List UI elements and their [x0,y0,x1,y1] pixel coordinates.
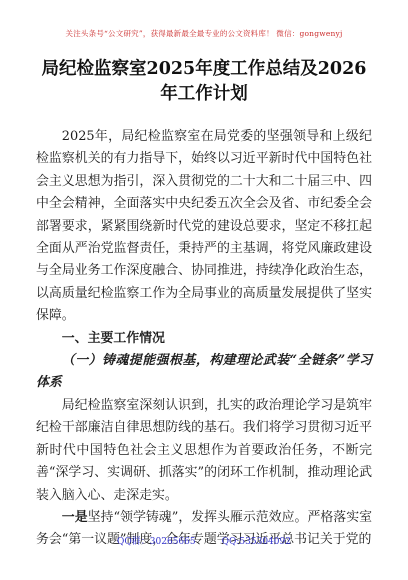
paragraph-first-point-lead: 一是 [62,510,88,525]
promo-header-text: 关注头条号“公文研究”，获得最新最全最专业的公文资料库！ 微信：gongweny… [0,28,408,39]
promo-footer: QQ群：30265665QQ:535304092 [0,534,408,547]
document-body: 2025年，局纪检监察室在局党委的坚强领导和上级纪检监察机关的有力指导下，始终以… [36,126,372,552]
paragraph-theory-study: 局纪检监察室深刻认识到，扎实的政治理论学习是筑牢纪检干部廉洁自律思想防线的基石。… [36,395,372,507]
document-title-line1: 局纪检监察室2025年度工作总结及2026 [20,57,388,82]
document-title-line2: 年工作计划 [20,82,388,107]
section-subheading-1-1: （一）铸魂提能强根基，构建理论武装“全链条”学习体系 [36,350,372,395]
section-heading-1: 一、主要工作情况 [36,328,372,350]
qq-number: QQ:535304092 [222,537,291,547]
qq-group-number: QQ群：30265665 [117,537,196,547]
paragraph-intro: 2025年，局纪检监察室在局党委的坚强领导和上级纪检监察机关的有力指导下，始终以… [36,126,372,328]
document-page: 关注头条号“公文研究”，获得最新最全最专业的公文资料库！ 微信：gongweny… [0,0,408,580]
document-title: 局纪检监察室2025年度工作总结及2026 年工作计划 [20,57,388,107]
